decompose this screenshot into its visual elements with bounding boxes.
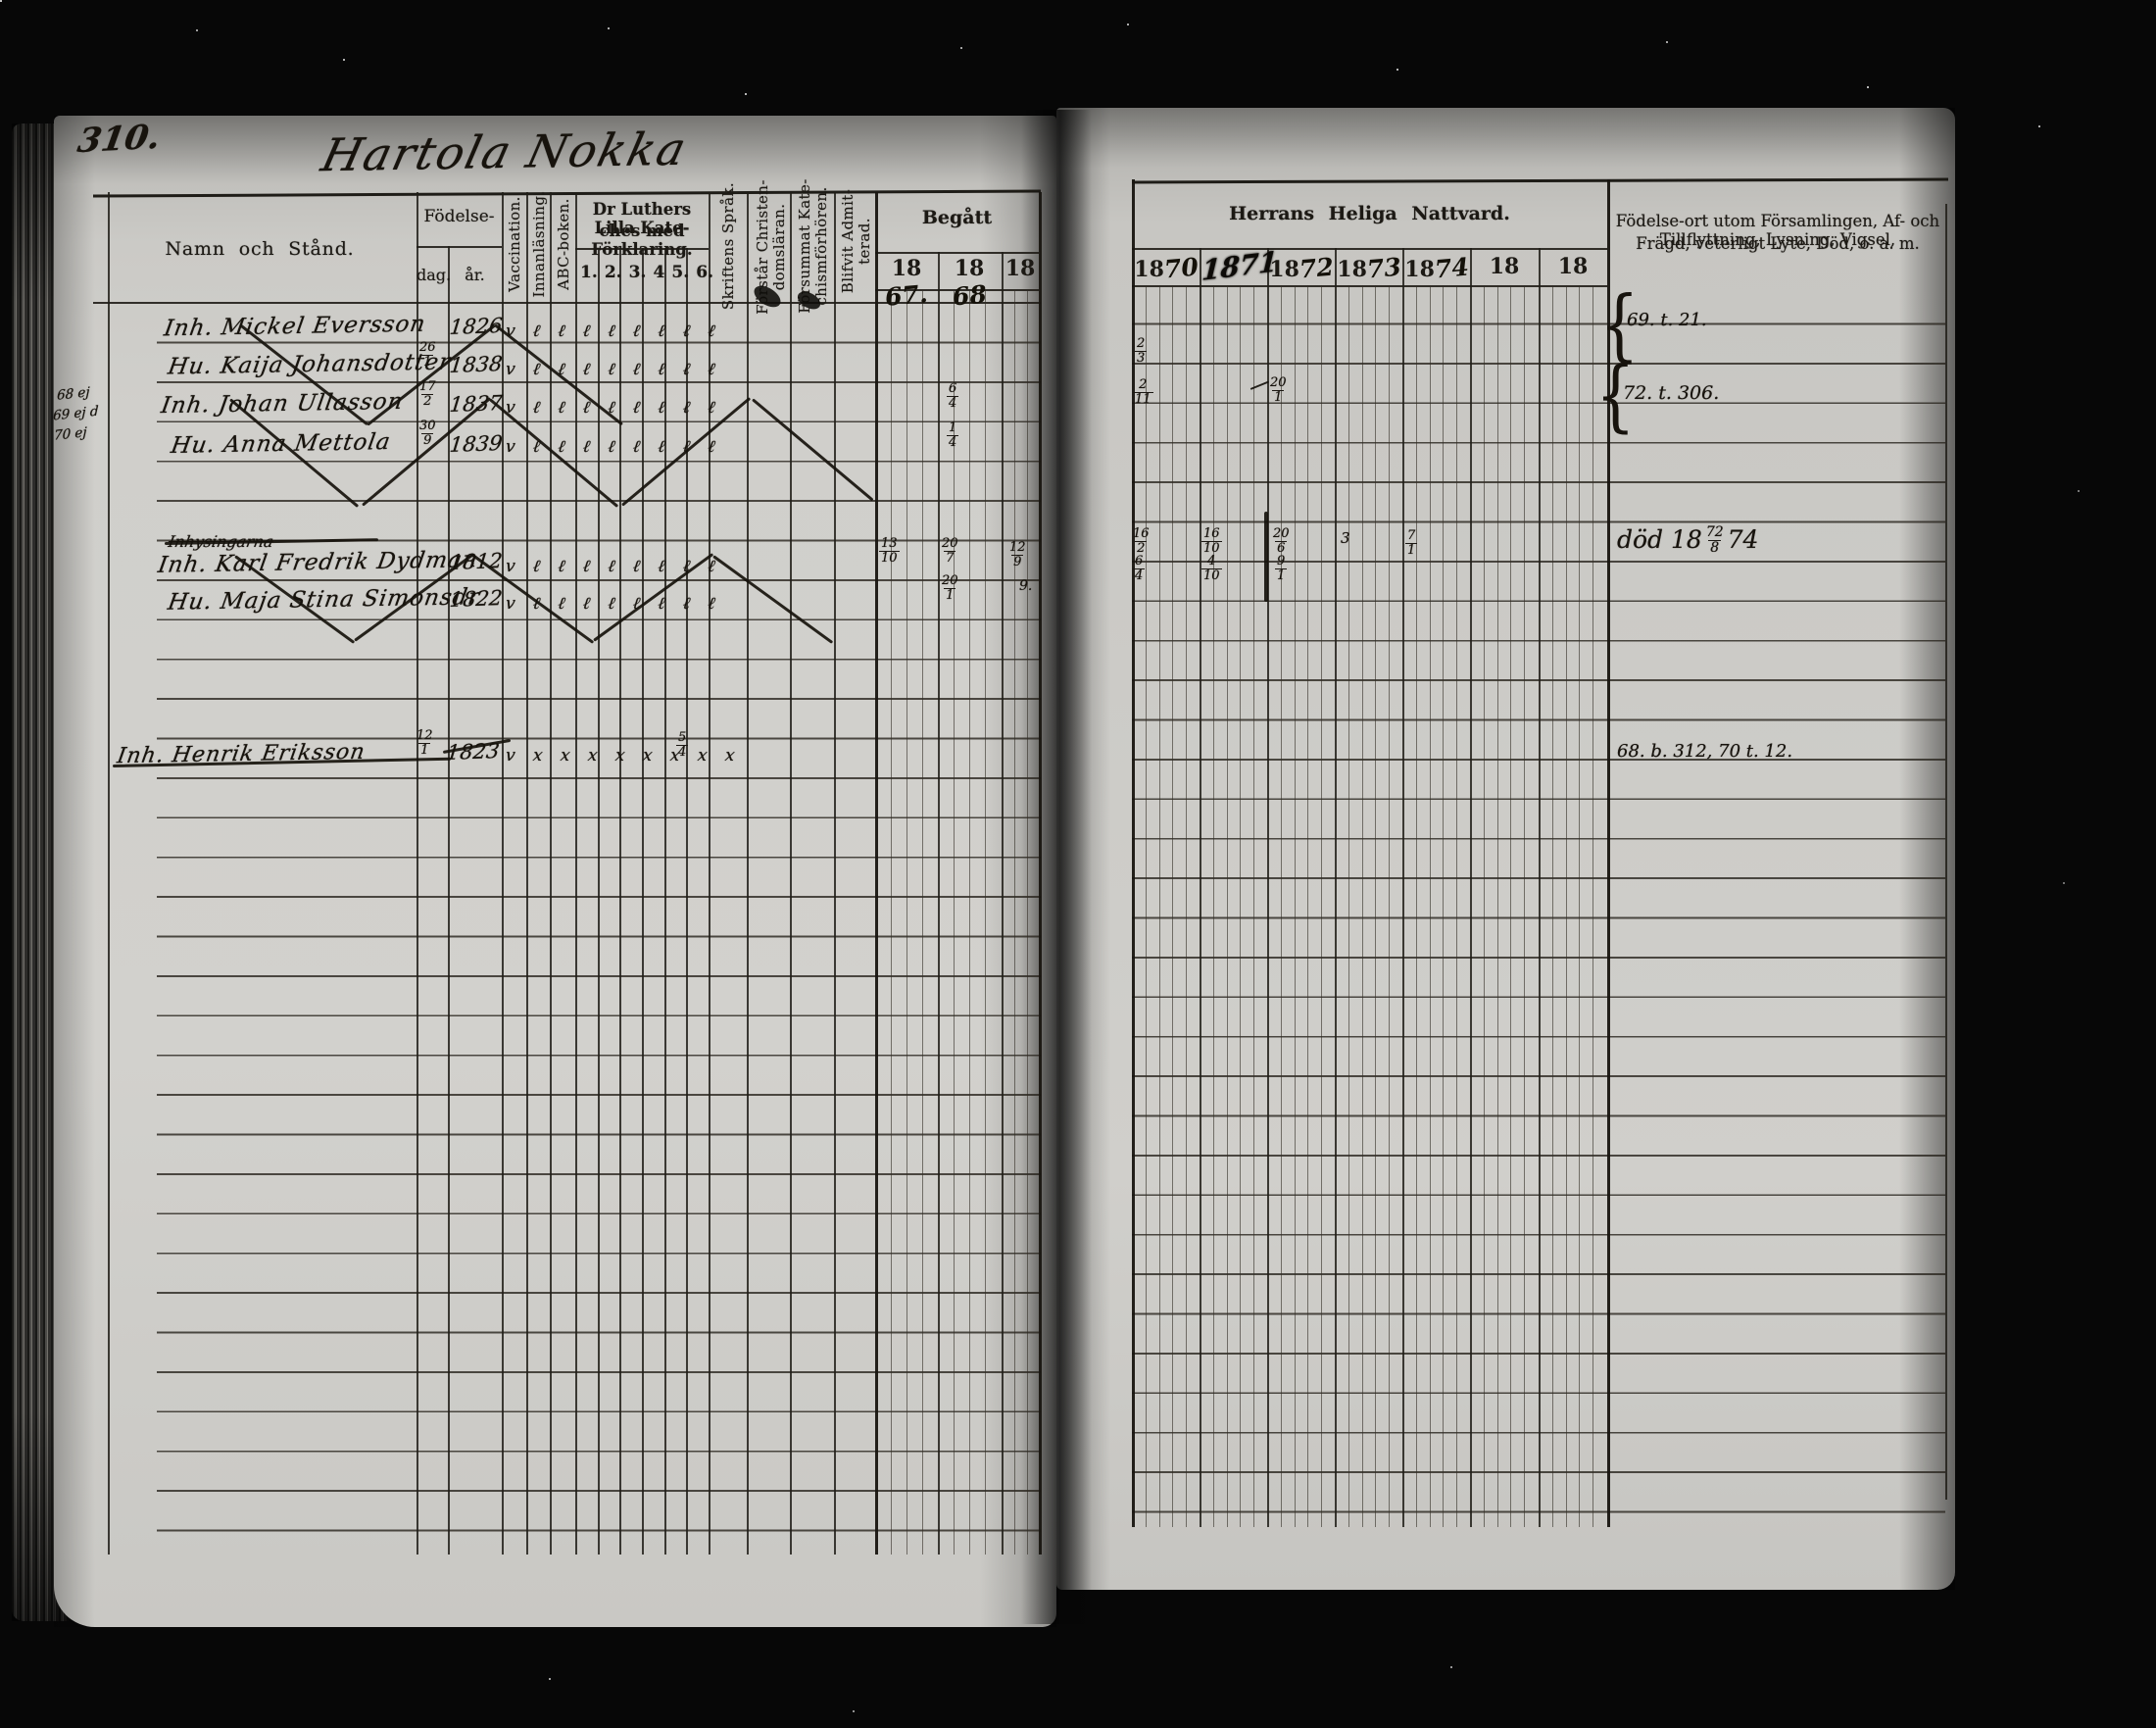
header-blifvit-line2: terad. xyxy=(856,218,873,265)
year-written: 74 xyxy=(1434,253,1470,284)
tick-line xyxy=(1416,285,1417,1527)
header-begatt: Begått xyxy=(875,207,1039,228)
birth-day-num: 12 xyxy=(416,729,433,743)
book-photo: 310. Hartola Nokka Namn och Stånd. Födel… xyxy=(0,0,2156,1728)
tick-line xyxy=(1227,285,1228,1527)
nattvard-1870-num: 16 xyxy=(1133,527,1150,541)
grid-line xyxy=(1470,248,1472,1527)
begatt-1868-den: 4 xyxy=(947,396,958,411)
side-note-henrik: 68. b. 312, 70 t. 12. xyxy=(1617,741,1792,762)
entry-name: Inh. Mickel Eversson xyxy=(163,312,428,342)
tick-line xyxy=(1362,285,1363,1527)
tick-line xyxy=(1552,285,1553,1527)
nattvard-1870-num: 2 xyxy=(1137,337,1145,351)
header-blifvit-line1: Blifvit Admit- xyxy=(839,189,857,293)
grid-line xyxy=(1267,248,1269,1527)
birth-day-den: 1 xyxy=(418,743,430,758)
tick-line xyxy=(1159,285,1160,1527)
grid-line xyxy=(416,246,502,248)
nattvard-1872-num: 20 xyxy=(1270,376,1287,390)
kateches-col-2: 2. xyxy=(605,263,622,282)
nattvard-1871-num: 4 xyxy=(1207,555,1215,568)
entry-name: Inh. Johan Ullasson xyxy=(160,389,406,419)
header-skriftens-sprak: Skriftens Språk. xyxy=(719,182,737,310)
birth-year: 1839 xyxy=(449,431,504,457)
birth-day-num: 26 xyxy=(419,341,436,355)
kateches-col-3: 3. xyxy=(629,263,647,282)
header-abc-boken: ABC-boken. xyxy=(555,198,572,290)
tick-line xyxy=(1321,285,1322,1527)
begatt-18-num: 12 xyxy=(1009,541,1026,555)
birth-day-den: 1 xyxy=(421,355,433,370)
grid-line xyxy=(550,192,552,1555)
death-note-frac: 728 xyxy=(1706,525,1724,555)
begatt-1868-den: 7 xyxy=(944,551,955,566)
begatt-18-den: 9 xyxy=(1011,555,1023,569)
tick-line xyxy=(1430,285,1431,1527)
year-printed: 18 xyxy=(1269,257,1299,282)
nattvard-1870-den: 3 xyxy=(1135,351,1147,366)
death-note-frac-num: 72 xyxy=(1706,525,1724,540)
header-nattvard: Herrans Heliga Nattvard. xyxy=(1132,203,1607,224)
header-forstar-line2: domsläran. xyxy=(770,204,788,291)
nattvard-1871-num: 16 xyxy=(1203,527,1220,541)
tick-line xyxy=(985,291,986,1555)
tick-line xyxy=(1592,285,1593,1527)
grid-line xyxy=(790,192,792,1555)
year-written: 70 xyxy=(1163,253,1200,284)
tick-line xyxy=(1484,285,1485,1527)
nattvard-1873-mark: 3 xyxy=(1341,529,1350,547)
begatt-1868-den: 4 xyxy=(947,435,958,450)
death-note: död 18 728 74 xyxy=(1617,525,1758,555)
tick-line xyxy=(1253,285,1254,1527)
begatt-1868-num: 20 xyxy=(942,574,958,588)
year-printed: 18 xyxy=(1558,254,1589,279)
nattvard-1870-num: 2 xyxy=(1139,378,1147,392)
forstar-mark-num: 5 xyxy=(678,731,686,745)
grid-line xyxy=(1945,204,1947,1500)
entry-name: Hu. Kaija Johansdotter xyxy=(167,349,454,379)
side-note-rows-3-4: 72. t. 306. xyxy=(1623,382,1719,404)
header-kateches-columns: 1. 2. 3. 4 5. 6. xyxy=(575,263,718,282)
begatt-1867-num: 13 xyxy=(881,537,898,551)
header-dag: dag. xyxy=(416,266,448,284)
tick-line xyxy=(1172,285,1173,1527)
tick-line xyxy=(1389,285,1390,1527)
heavy-ink-stroke xyxy=(1264,512,1268,602)
tick-line xyxy=(906,291,907,1555)
grid-line xyxy=(938,252,940,1555)
death-note-post: 74 xyxy=(1728,525,1759,554)
header-forsummat-line2: chismförhören. xyxy=(812,186,830,305)
tick-line xyxy=(1510,285,1511,1527)
year-1871: 1871 xyxy=(1201,250,1266,282)
grid-line xyxy=(875,252,1039,254)
nattvard-1871-den: 10 xyxy=(1201,568,1222,583)
tick-line xyxy=(1524,285,1525,1527)
grid-line xyxy=(1200,248,1201,1527)
grid-line xyxy=(526,192,528,1555)
year-printed: 18 xyxy=(1490,254,1520,279)
year-printed: 18 xyxy=(1005,256,1036,281)
page-title-handwritten: Hartola Nokka xyxy=(282,122,727,182)
birth-day-num: 30 xyxy=(419,420,436,433)
begatt-1868-den: 1 xyxy=(944,588,955,603)
year-1872: 1872 xyxy=(1269,254,1334,282)
year-1874: 1874 xyxy=(1404,254,1469,282)
nattvard-1870-den: 11 xyxy=(1133,392,1153,407)
grid-line xyxy=(875,192,878,1555)
year-written: 73 xyxy=(1366,253,1402,284)
nattvard-1870-num: 6 xyxy=(1135,555,1143,568)
kateches-col-6: 6. xyxy=(696,263,713,282)
header-namn-och-stand: Namn och Stånd. xyxy=(127,238,392,260)
tick-line xyxy=(1375,285,1376,1527)
tick-line xyxy=(1497,285,1498,1527)
header-vaccination: Vaccination. xyxy=(506,196,523,292)
tick-line xyxy=(922,291,923,1555)
entry-marks: v ℓ ℓ ℓ ℓ ℓ ℓ ℓ ℓ xyxy=(505,321,716,341)
grid-line xyxy=(416,192,418,1555)
grid-line xyxy=(1402,248,1404,1527)
begatt-1868-num: 1 xyxy=(949,421,956,435)
kateches-col-5: 5. xyxy=(671,263,689,282)
grid-line xyxy=(1539,248,1541,1527)
year-18-blank-b: 18 xyxy=(1541,254,1605,279)
year-written: 68 xyxy=(951,280,987,312)
nattvard-1872-num: 20 xyxy=(1273,527,1290,541)
nattvard-1870-den: 4 xyxy=(1133,568,1145,583)
year-printed: 18 xyxy=(955,256,985,281)
forstar-mark-den: 4 xyxy=(676,745,688,760)
tick-line xyxy=(1579,285,1580,1527)
year-18-blank-a: 18 xyxy=(1472,254,1537,279)
year-written: 72 xyxy=(1298,253,1335,284)
kateches-col-1: 1. xyxy=(580,263,598,282)
entry-marks: v x x x x x x x x xyxy=(505,746,736,765)
entry-marks: v ℓ ℓ ℓ ℓ ℓ ℓ ℓ ℓ xyxy=(505,360,716,379)
side-note-rows-1-2: 69. t. 21. xyxy=(1627,310,1707,330)
grid-line xyxy=(108,192,110,1555)
entry-marks: v ℓ ℓ ℓ ℓ ℓ ℓ ℓ ℓ xyxy=(505,594,716,614)
header-ar: år. xyxy=(448,266,502,284)
begatt-1868-num: 6 xyxy=(949,382,956,396)
year-1873: 1873 xyxy=(1337,254,1401,282)
begatt-18-mark: 9. xyxy=(1019,578,1032,594)
tick-line xyxy=(1186,285,1187,1527)
header-fodelse: Födelse- xyxy=(416,207,502,226)
kateches-col-4: 4 xyxy=(653,263,664,282)
tick-line xyxy=(1027,291,1028,1555)
year-written: 67. xyxy=(884,279,929,312)
tick-line xyxy=(1566,285,1567,1527)
tick-line xyxy=(954,291,955,1555)
dust-speckles xyxy=(0,0,2,2)
nattvard-1874-num: 7 xyxy=(1407,529,1415,543)
tick-line xyxy=(1146,285,1147,1527)
nattvard-1874-den: 1 xyxy=(1405,543,1417,558)
tick-line xyxy=(1014,291,1015,1555)
year-printed: 18 xyxy=(1404,257,1435,282)
grid-line xyxy=(834,192,836,1555)
tick-line xyxy=(891,291,892,1555)
year-1867: 1867. xyxy=(877,256,936,310)
grid-line xyxy=(1002,252,1004,1555)
grid-line xyxy=(709,192,710,1555)
page-number: 310. xyxy=(74,118,163,161)
tick-line xyxy=(1307,285,1308,1527)
header-notes-line2: Frägd, veterligt Lyte, Död, o. a. m. xyxy=(1615,234,1940,253)
tick-line xyxy=(1213,285,1214,1527)
tick-line xyxy=(969,291,970,1555)
grid-line xyxy=(1335,248,1337,1527)
year-18-blank: 18 xyxy=(1004,256,1037,281)
year-printed: 18 xyxy=(1134,257,1164,282)
birth-day-den: 2 xyxy=(421,394,433,409)
begatt-1868-num: 20 xyxy=(942,537,958,551)
nattvard-1872-den: 1 xyxy=(1275,568,1287,583)
tick-line xyxy=(1456,285,1457,1527)
year-1868: 1868 xyxy=(940,256,999,310)
tick-line xyxy=(1348,285,1349,1527)
tick-line xyxy=(1443,285,1444,1527)
tick-line xyxy=(1295,285,1296,1527)
grid-line xyxy=(575,192,577,1555)
header-kateches-line2: ches med Förklaring. xyxy=(575,222,709,259)
death-note-frac-den: 8 xyxy=(1708,540,1721,556)
death-note-pre: död 18 xyxy=(1617,525,1702,554)
birth-year: 1822 xyxy=(449,586,504,612)
tick-line xyxy=(1240,285,1241,1527)
begatt-1867-den: 10 xyxy=(879,551,900,566)
year-printed: 18 xyxy=(1337,257,1367,282)
year-1870: 1870 xyxy=(1134,254,1199,282)
tick-line xyxy=(1281,285,1282,1527)
nattvard-1872-den: 1 xyxy=(1272,390,1284,405)
year-printed: 18 xyxy=(892,256,922,281)
nattvard-1872-num: 9 xyxy=(1277,555,1285,568)
header-innanlasning: Innanläsning. xyxy=(530,191,548,298)
grid-line xyxy=(1039,192,1042,1555)
